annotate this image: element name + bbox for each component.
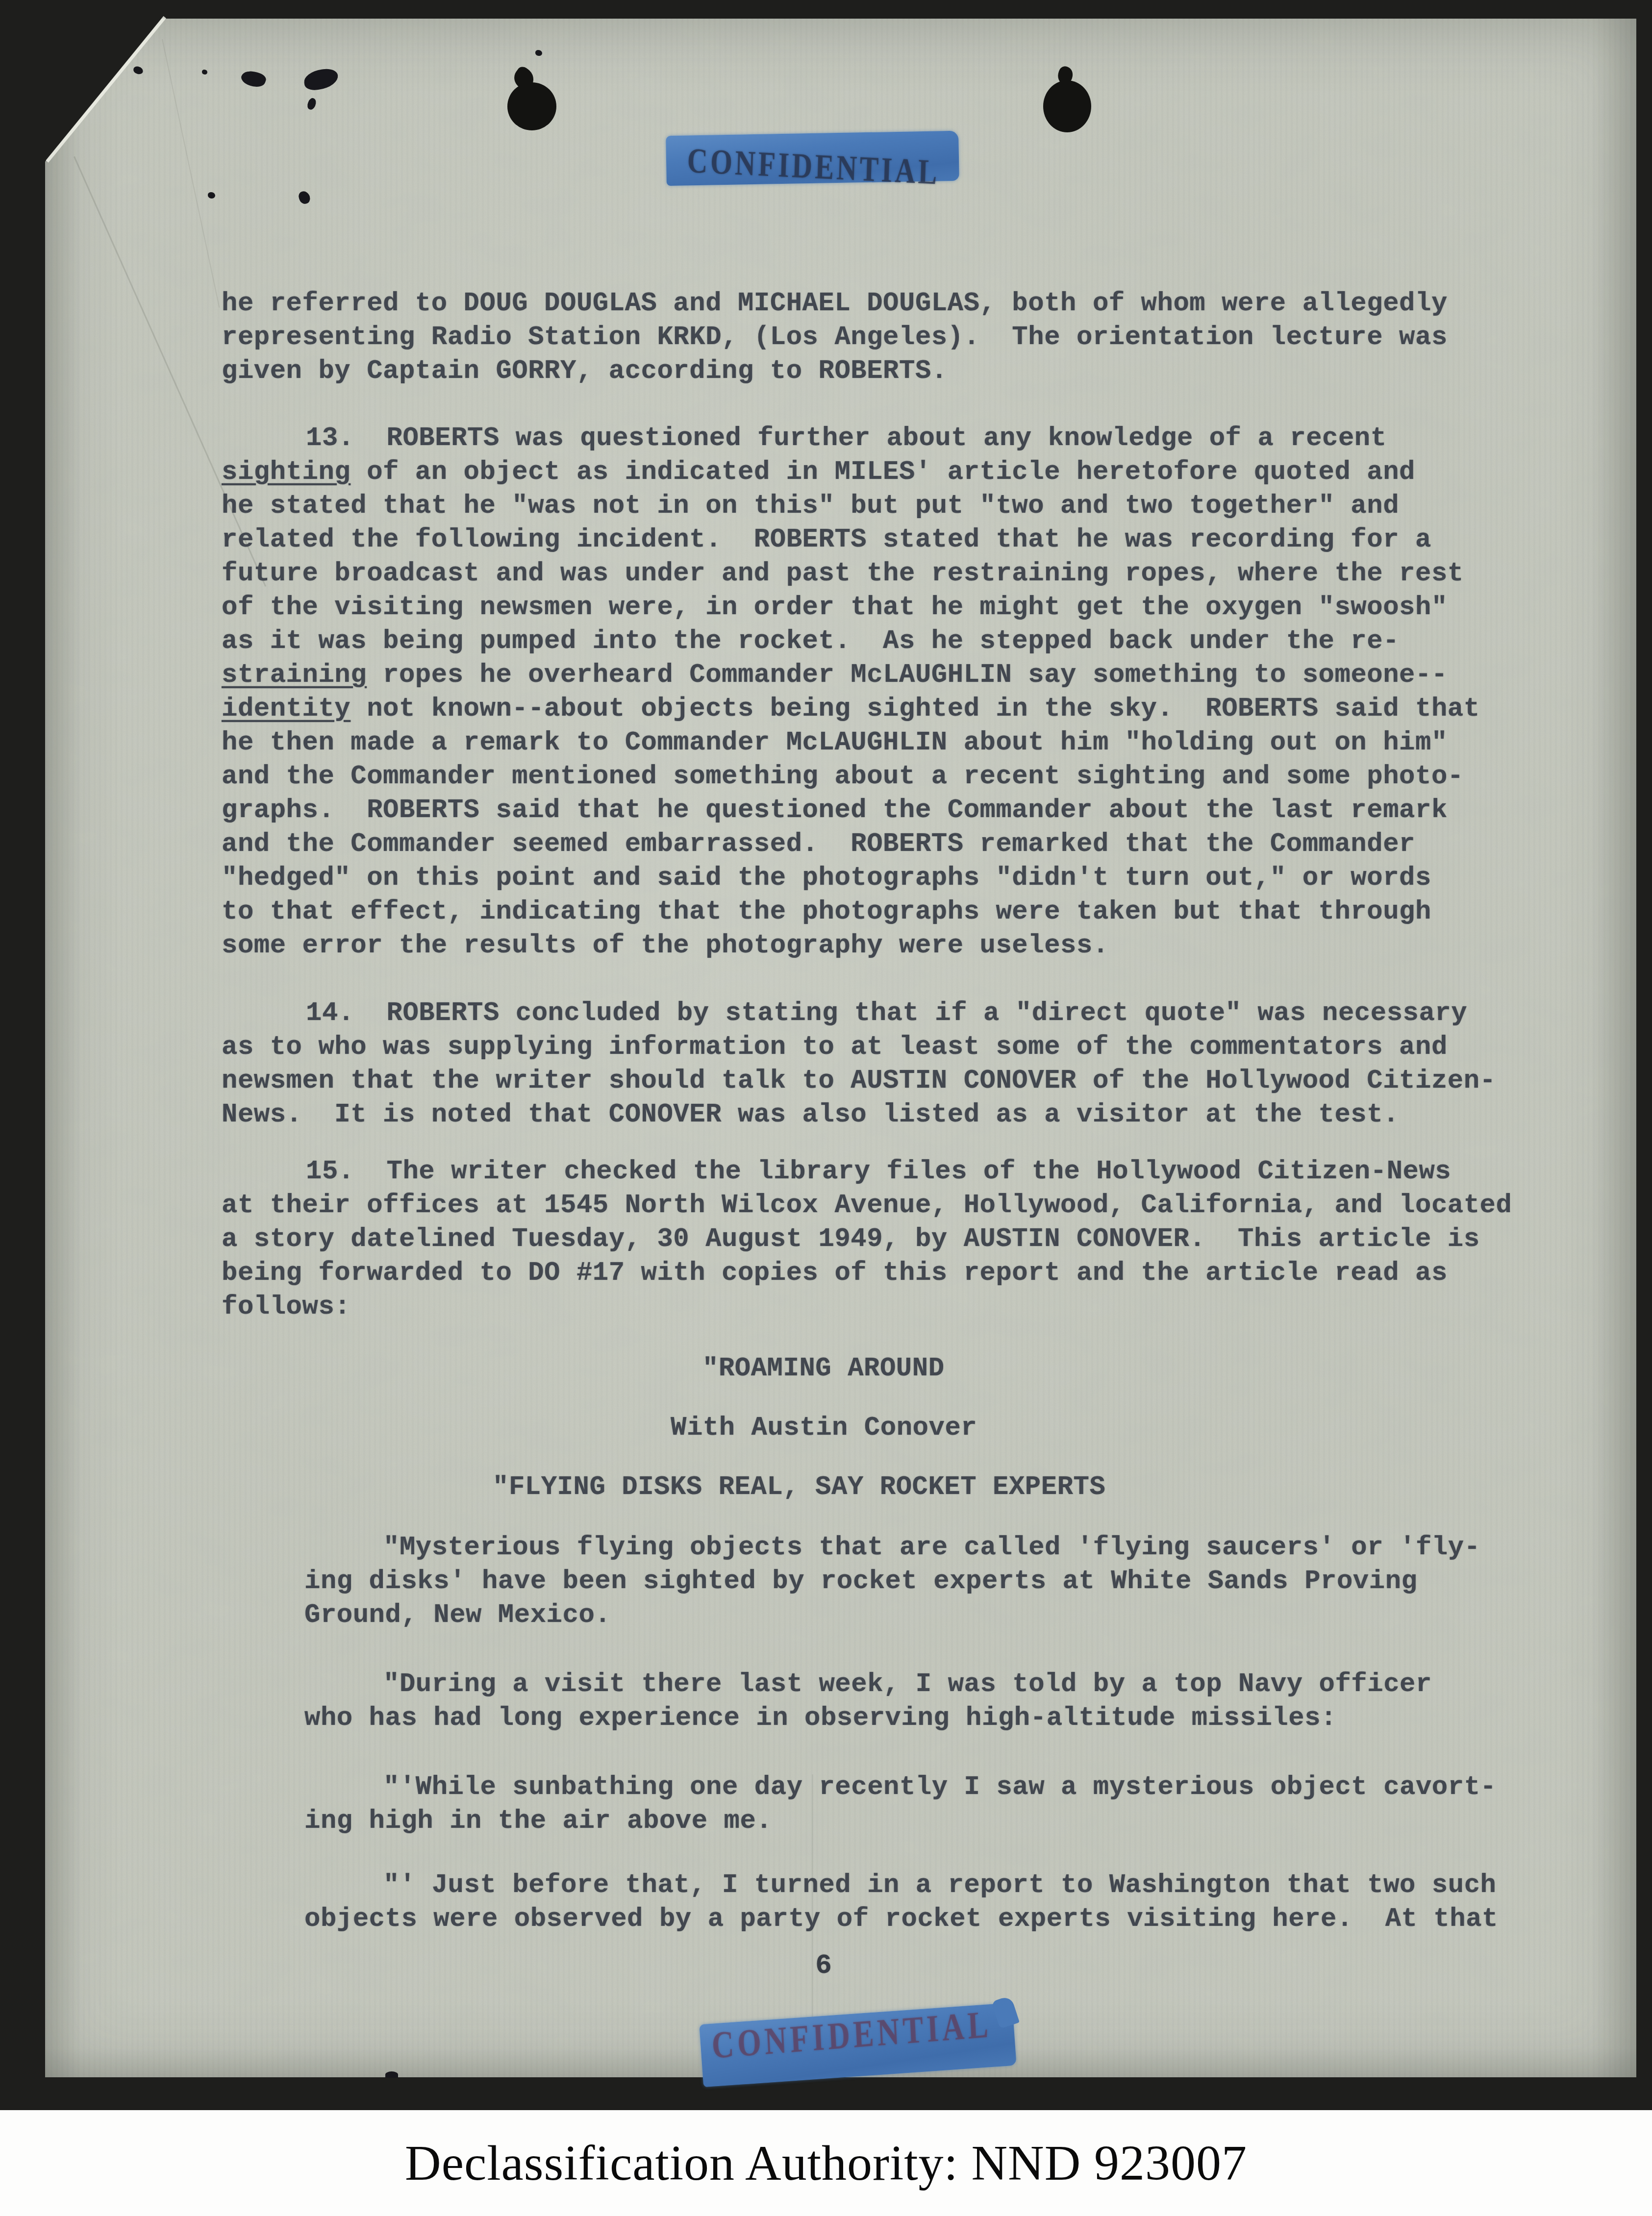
- line-rest: not known--about objects being sighted i…: [350, 694, 1479, 724]
- text-line: related the following incident. ROBERTS …: [222, 523, 1431, 557]
- text-line: as it was being pumped into the rocket. …: [222, 624, 1399, 658]
- article-byline: With Austin Conover: [671, 1411, 977, 1445]
- text-line: "'While sunbathing one day recently I sa…: [383, 1770, 1496, 1804]
- text-line: some error the results of the photograph…: [222, 929, 1109, 963]
- text-line: straining ropes he overheard Commander M…: [222, 658, 1448, 692]
- text-line: 15. The writer checked the library files…: [306, 1155, 1451, 1189]
- paper-speck: [535, 50, 542, 56]
- text-line: to that effect, indicating that the phot…: [222, 895, 1431, 929]
- text-line: who has had long experience in observing…: [304, 1701, 1337, 1735]
- declassification-authority-text: Declassification Authority: NND 923007: [405, 2135, 1247, 2192]
- text-line: of the visiting newsmen were, in order t…: [222, 591, 1448, 624]
- text-line: representing Radio Station KRKD, (Los An…: [222, 321, 1448, 354]
- paper-speck: [202, 70, 207, 75]
- article-headline: "FLYING DISKS REAL, SAY ROCKET EXPERTS: [493, 1470, 1105, 1504]
- underlined-word: sighting: [222, 457, 350, 487]
- article-heading: "ROAMING AROUND: [702, 1352, 945, 1386]
- text-line: News. It is noted that CONOVER was also …: [222, 1098, 1399, 1132]
- text-line: future broadcast and was under and past …: [222, 557, 1464, 591]
- text-line: "hedged" on this point and said the phot…: [222, 861, 1431, 895]
- text-line: and the Commander mentioned something ab…: [222, 760, 1464, 794]
- paper-speck: [208, 192, 215, 199]
- text-line: "' Just before that, I turned in a repor…: [383, 1868, 1496, 1902]
- text-line: "During a visit there last week, I was t…: [383, 1668, 1432, 1701]
- underlined-word: straining: [222, 660, 367, 690]
- hole-punch-right: [1043, 80, 1091, 132]
- text-line: as to who was supplying information to a…: [222, 1030, 1448, 1064]
- text-line: ing high in the air above me.: [304, 1804, 772, 1838]
- hole-punch-left: [507, 82, 556, 130]
- text-line: sighting of an object as indicated in MI…: [222, 455, 1415, 489]
- text-line: 14. ROBERTS concluded by stating that if…: [306, 996, 1467, 1030]
- text-line: 13. ROBERTS was questioned further about…: [306, 422, 1387, 455]
- text-line: "Mysterious flying objects that are call…: [383, 1531, 1480, 1565]
- text-line: being forwarded to DO #17 with copies of…: [222, 1256, 1448, 1290]
- text-line: he then made a remark to Commander McLAU…: [222, 726, 1448, 760]
- text-line: identity not known--about objects being …: [222, 692, 1480, 726]
- text-line: graphs. ROBERTS said that he questioned …: [222, 794, 1448, 827]
- text-line: follows:: [222, 1290, 350, 1324]
- line-rest: ropes he overheard Commander McLAUGHLIN …: [367, 660, 1448, 690]
- text-line: and the Commander seemed embarrassed. RO…: [222, 827, 1415, 861]
- line-rest: of an object as indicated in MILES' arti…: [350, 457, 1415, 487]
- text-line: given by Captain GORRY, according to ROB…: [222, 354, 948, 388]
- paper-speck: [385, 2071, 398, 2078]
- declassification-footer: Declassification Authority: NND 923007: [0, 2110, 1652, 2216]
- text-line: he stated that he "was not in on this" b…: [222, 489, 1399, 523]
- text-line: at their offices at 1545 North Wilcox Av…: [222, 1189, 1512, 1222]
- text-line: objects were observed by a party of rock…: [304, 1902, 1498, 1936]
- text-line: he referred to DOUG DOUGLAS and MICHAEL …: [222, 287, 1448, 321]
- scanned-document-page: CONFIDENTIAL he referred to DOUG DOUGLAS…: [0, 0, 1652, 2216]
- text-line: newsmen that the writer should talk to A…: [222, 1064, 1496, 1098]
- text-line: a story datelined Tuesday, 30 August 194…: [222, 1222, 1480, 1256]
- underlined-word: identity: [222, 694, 350, 724]
- text-line: Ground, New Mexico.: [304, 1598, 611, 1632]
- page-number: 6: [784, 1950, 863, 1981]
- text-line: ing disks' have been sighted by rocket e…: [304, 1565, 1417, 1598]
